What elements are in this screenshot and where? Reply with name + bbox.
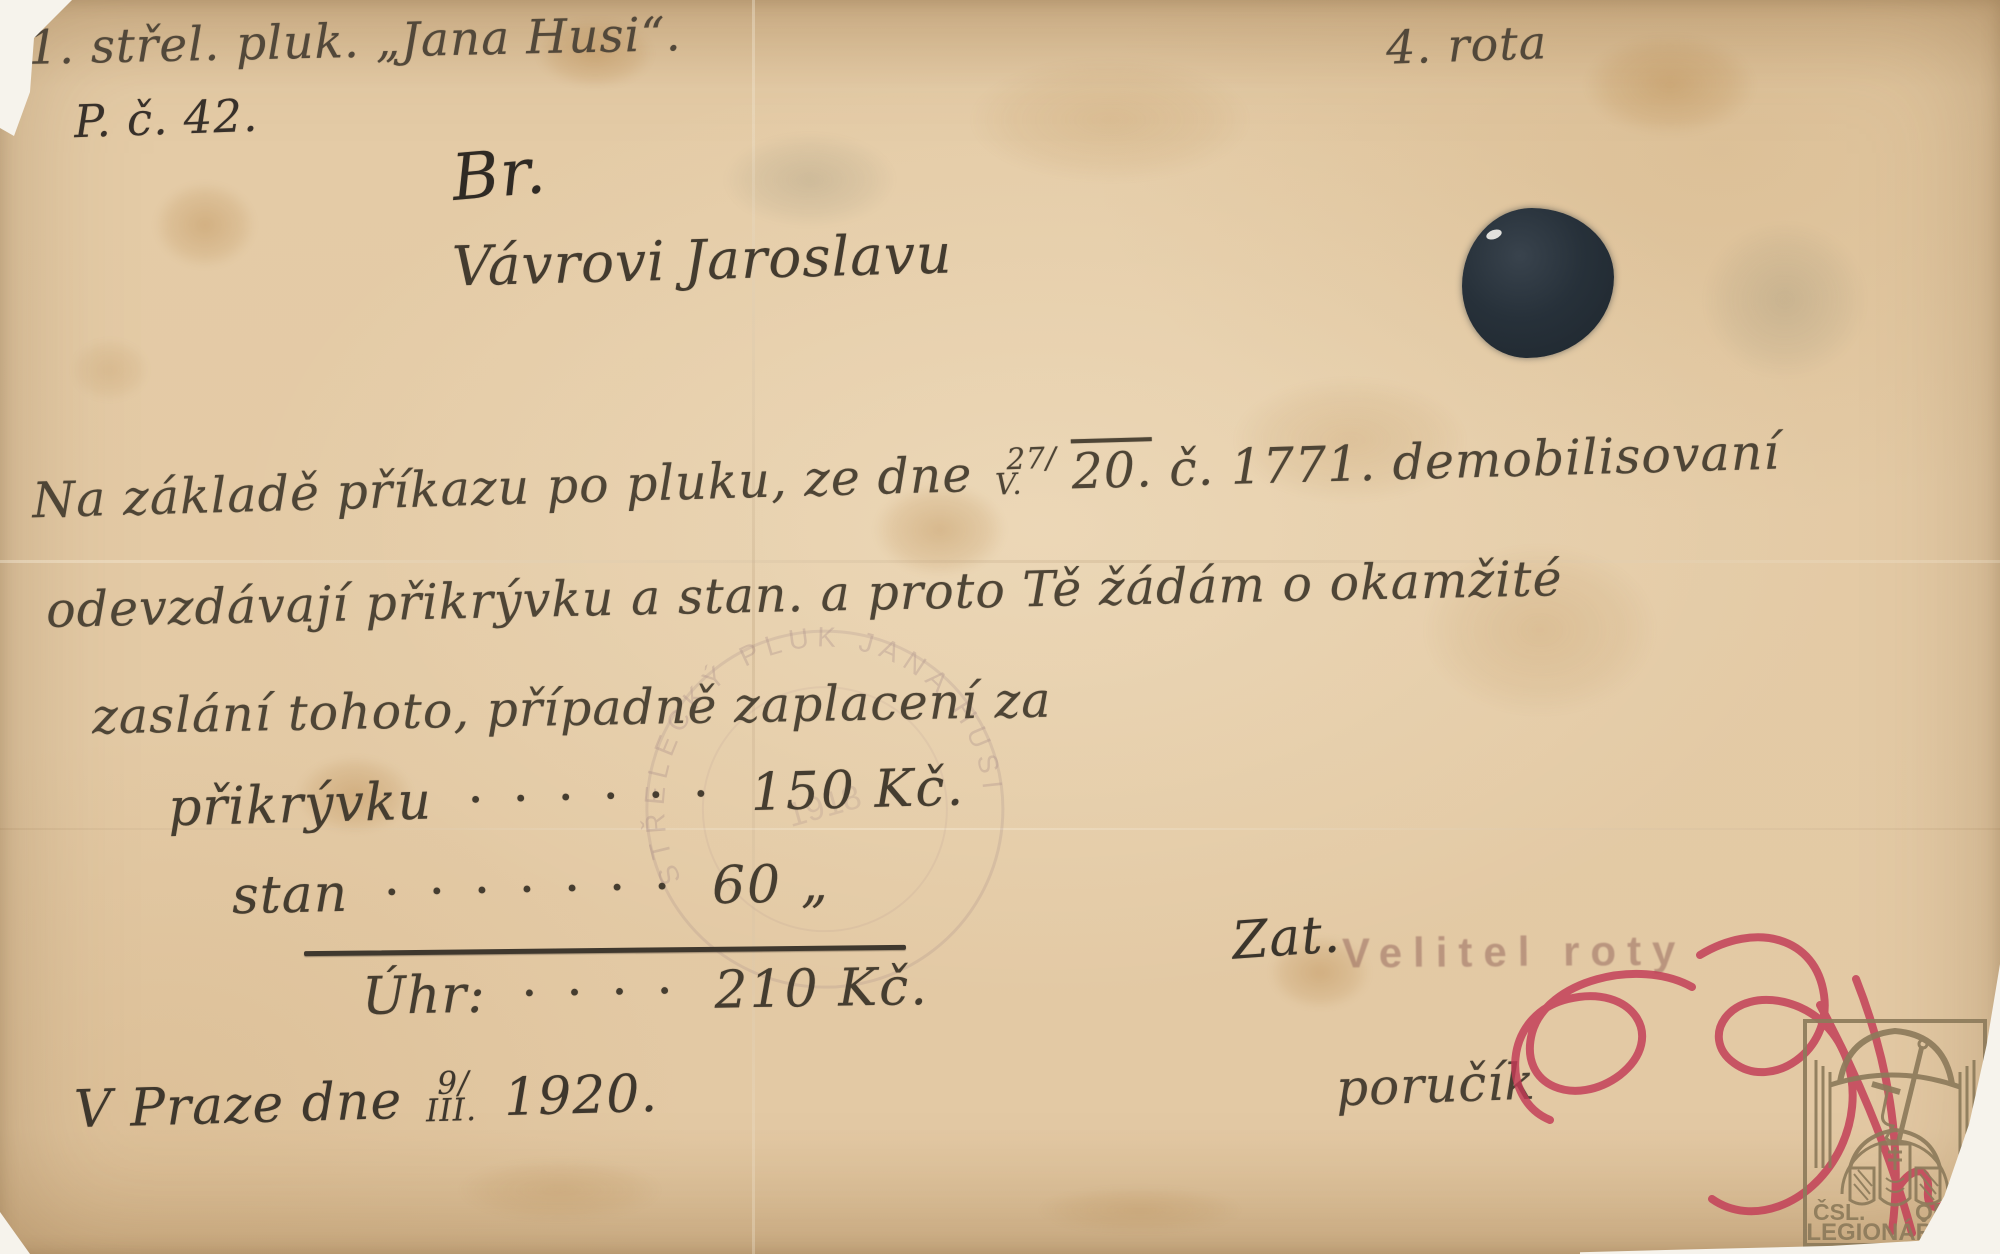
leader-dots: · · · · · ·	[467, 764, 716, 830]
order-year: 20.	[1071, 441, 1153, 500]
dateline: V Praze dne 9/ III. 1920.	[73, 1064, 658, 1140]
leader-dots: · · · ·	[521, 961, 680, 1024]
total-value: 210 Kč.	[714, 957, 929, 1021]
date-fraction: 9/ III.	[427, 1070, 479, 1124]
ink-blot	[1462, 208, 1614, 358]
ink-blot-glint	[1485, 228, 1503, 242]
leader-dots: · · · · · · ·	[383, 857, 677, 923]
order-date-fraction: 27/ V.	[996, 446, 1048, 497]
date-denominator: III.	[426, 1097, 478, 1125]
company-number: 4. rota	[1385, 15, 1548, 75]
order-date-denominator: V.	[995, 471, 1046, 497]
file-number: P. č. 42.	[73, 89, 259, 148]
salutation: Br.	[449, 134, 549, 216]
signature-prefix: Zat.	[1230, 904, 1342, 971]
paper-stain	[430, 1150, 690, 1230]
paper-stain	[1010, 1180, 1270, 1240]
document-scan: STŘELECKÝ PLUK JANA HUSI 1918 1. střel. …	[0, 0, 2000, 1254]
item-row-tent: stan · · · · · · · 60 „	[231, 854, 830, 927]
item-value: 150 Kč.	[750, 758, 966, 824]
paper-stain	[1560, 20, 1780, 150]
addressee-line: Vávrovi Jaroslavu	[451, 221, 953, 298]
paper-stain	[930, 40, 1290, 200]
dateline-year: 1920.	[503, 1064, 658, 1128]
item-value: 60 „	[711, 854, 830, 916]
dateline-pre: V Praze dne	[73, 1071, 403, 1140]
torn-edge-bottom-left	[0, 1212, 30, 1254]
paper-smudge	[1680, 200, 1890, 400]
total-row: Úhr: · · · · 210 Kč.	[362, 957, 930, 1027]
paper-stain	[60, 330, 160, 410]
paper-stain	[140, 170, 270, 280]
total-label: Úhr:	[362, 965, 487, 1027]
paper-smudge	[700, 120, 920, 240]
body-line-1-pre: Na základě příkazu po pluku, ze dne	[32, 446, 974, 529]
item-label: přikrývku	[167, 772, 432, 839]
item-label: stan	[231, 864, 348, 926]
